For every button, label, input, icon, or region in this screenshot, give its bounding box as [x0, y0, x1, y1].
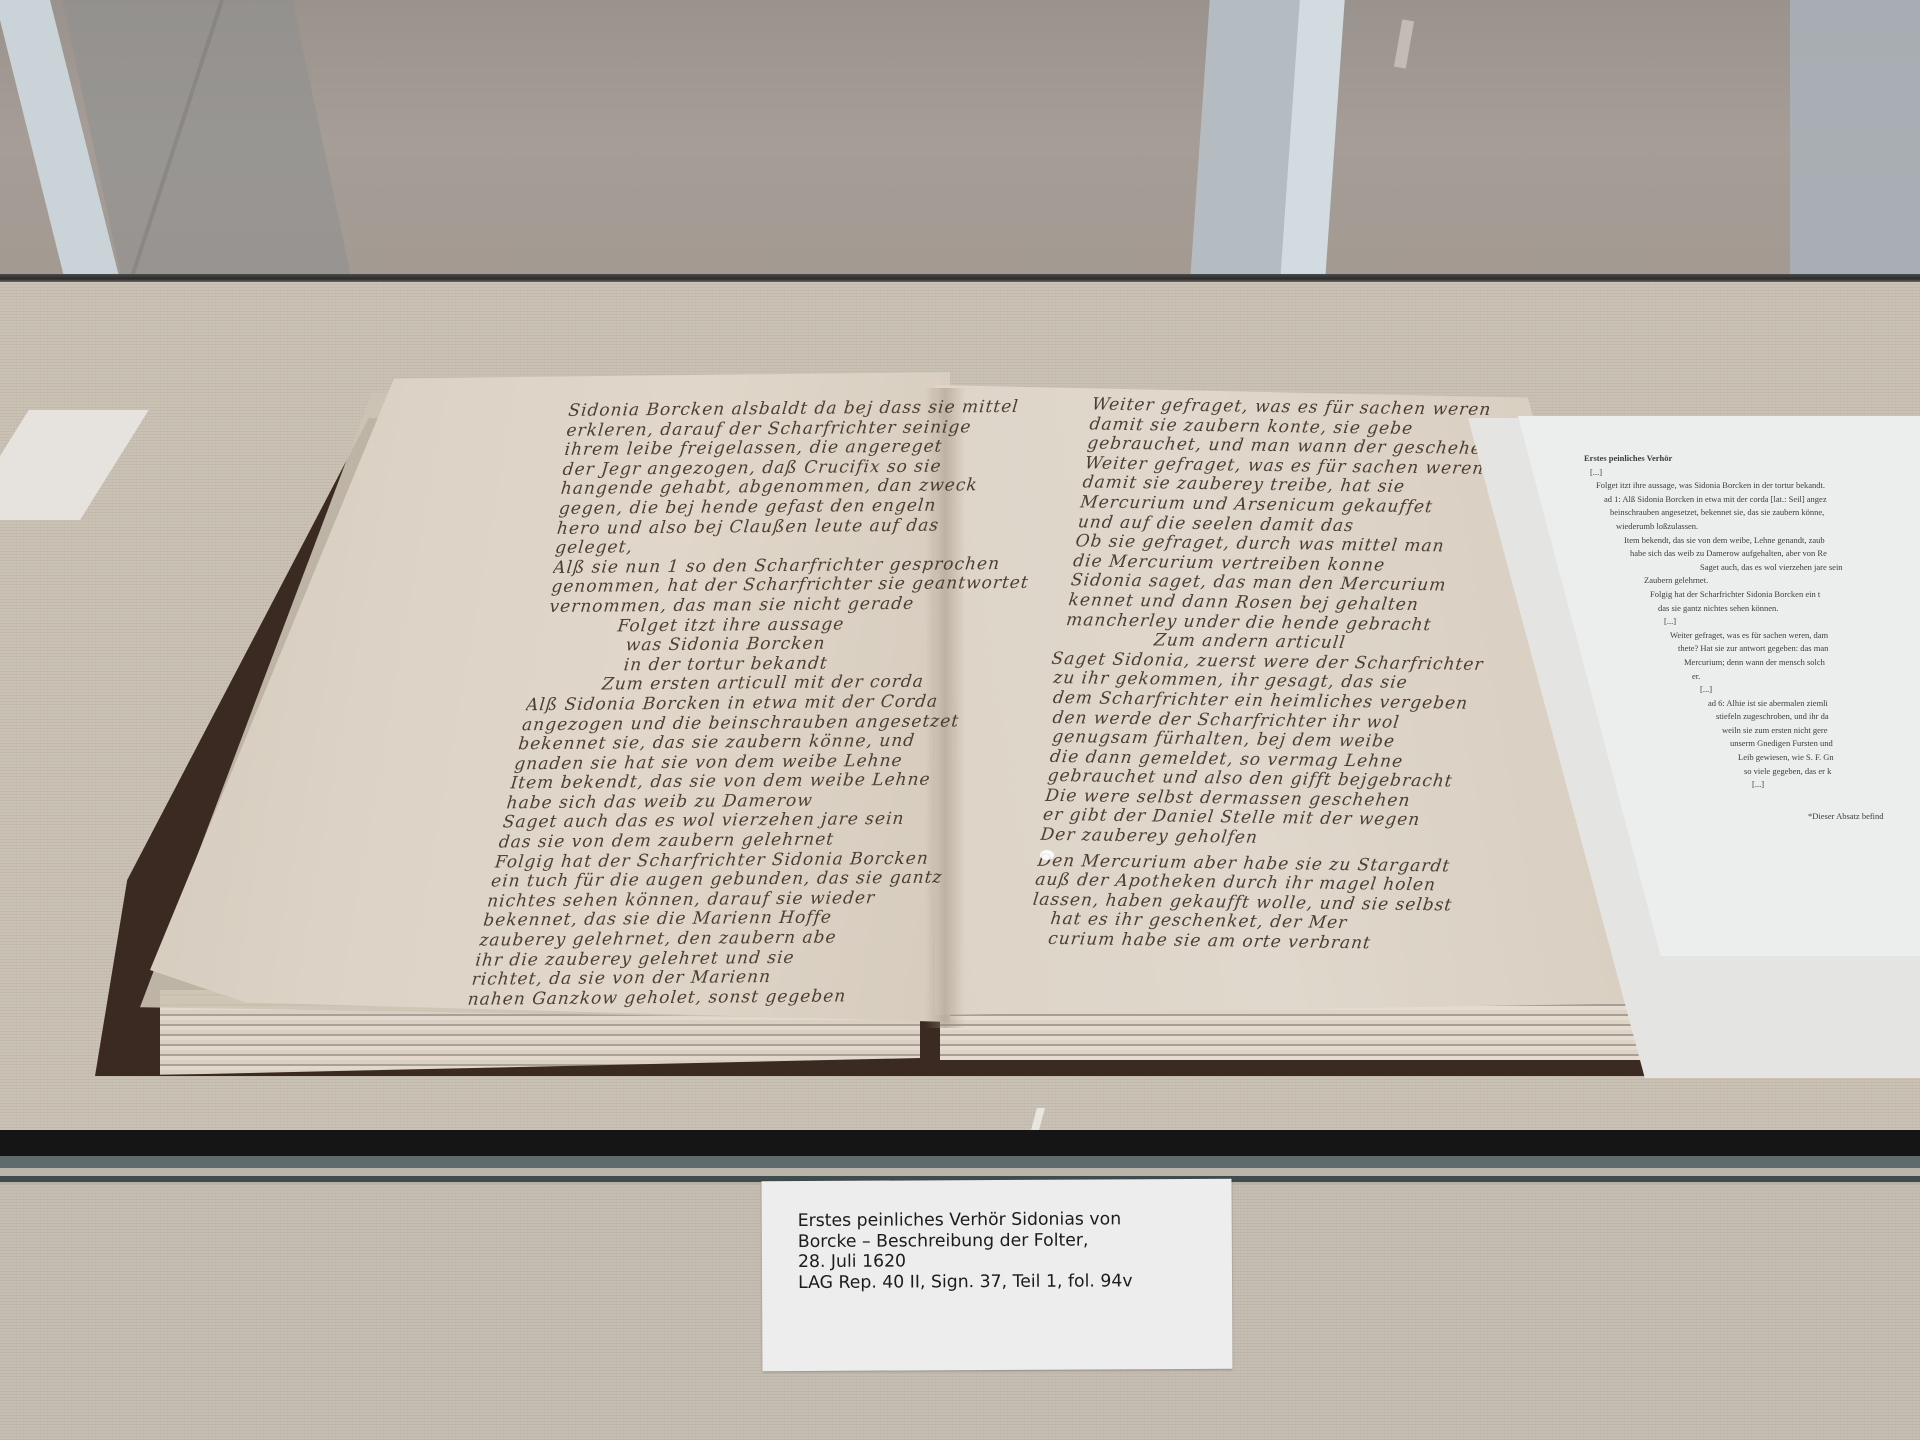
handwriting-right-page: Weiter gefraget, was es für sachen weren… — [1027, 395, 1515, 955]
caption-date: 28. Juli 1620 — [798, 1250, 1133, 1272]
museum-display-scene: Sidonia Borcken alsbaldt da bej dass sie… — [0, 0, 1920, 1440]
transcription-line: [...] — [1584, 466, 1914, 480]
transcription-title: Erstes peinliches Verhör — [1584, 452, 1914, 466]
transcription-line: Folgig hat der Scharfrichter Sidonia Bor… — [1584, 588, 1906, 602]
transcription-line: Folget itzt ihre aussage, was Sidonia Bo… — [1584, 479, 1914, 493]
reflected-small-object — [1394, 19, 1414, 68]
transcription-line: stiefeln zugeschroben, und ihr da — [1584, 710, 1906, 724]
caption-text: Erstes peinliches Verhör Sidonias von Bo… — [798, 1209, 1133, 1293]
transcription-line: so viele gegeben, das er k — [1584, 765, 1906, 779]
transcription-line: Mercurium; denn wann der mensch solch — [1584, 656, 1906, 670]
transcription-line: Saget auch, das es wol vierzehen jare se… — [1584, 561, 1906, 575]
transcription-line: [...] — [1584, 615, 1914, 629]
transcription-text: Erstes peinliches Verhör [...] Folget it… — [1584, 452, 1914, 823]
transcription-line: [...] — [1584, 778, 1914, 792]
glass-top-edge — [0, 274, 1920, 282]
transcription-line: Zaubern gelehrnet. — [1584, 574, 1906, 588]
glass-edge-dark-band — [0, 1130, 1920, 1156]
caption-title-line-1: Erstes peinliches Verhör Sidonias von — [798, 1209, 1133, 1231]
transcription-line: thete? Hat sie zur antwort gegeben: das … — [1584, 642, 1906, 656]
transcription-line: Item bekendt, das sie von dem weibe, Leh… — [1584, 534, 1906, 548]
transcription-line: unserm Gnedigen Fursten und — [1584, 737, 1906, 751]
reflected-wall-right — [1790, 0, 1920, 278]
transcription-line: das sie gantz nichtes sehen können. — [1584, 602, 1906, 616]
glass-edge-light-band — [0, 1168, 1920, 1176]
transcription-line: Weiter gefraget, was es für sachen weren… — [1584, 629, 1906, 643]
transcription-line: er. — [1584, 670, 1914, 684]
transcription-line: weiln sie zum ersten nicht gere — [1584, 724, 1906, 738]
transcription-footnote: *Dieser Absatz befind — [1584, 810, 1906, 824]
transcription-line: Leib gewiesen, wie S. F. Gn — [1584, 751, 1906, 765]
caption-archive-reference: LAG Rep. 40 II, Sign. 37, Teil 1, fol. 9… — [798, 1271, 1133, 1293]
light-glare — [1040, 850, 1054, 860]
transcription-line: [...] — [1584, 683, 1914, 697]
caption-label: Erstes peinliches Verhör Sidonias von Bo… — [762, 1179, 1233, 1371]
glass-reflection — [0, 0, 1920, 278]
transcription-line: habe sich das weib zu Damerow aufgehalte… — [1584, 547, 1906, 561]
glass-edge-teal-band — [0, 1156, 1920, 1168]
transcription-line: beinschrauben angesetzet, bekennet sie, … — [1584, 506, 1906, 520]
caption-title-line-2: Borcke – Beschreibung der Folter, — [798, 1230, 1133, 1252]
handwriting-left-page: Sidonia Borcken alsbaldt da bej dass sie… — [511, 398, 1047, 1010]
transcription-line: ad 1: Alß Sidonia Borcken in etwa mit de… — [1584, 493, 1910, 507]
transcription-line: wiederumb loßzulassen. — [1584, 520, 1904, 534]
transcription-line: ad 6: Alhie ist sie abermalen ziemli — [1584, 697, 1906, 711]
